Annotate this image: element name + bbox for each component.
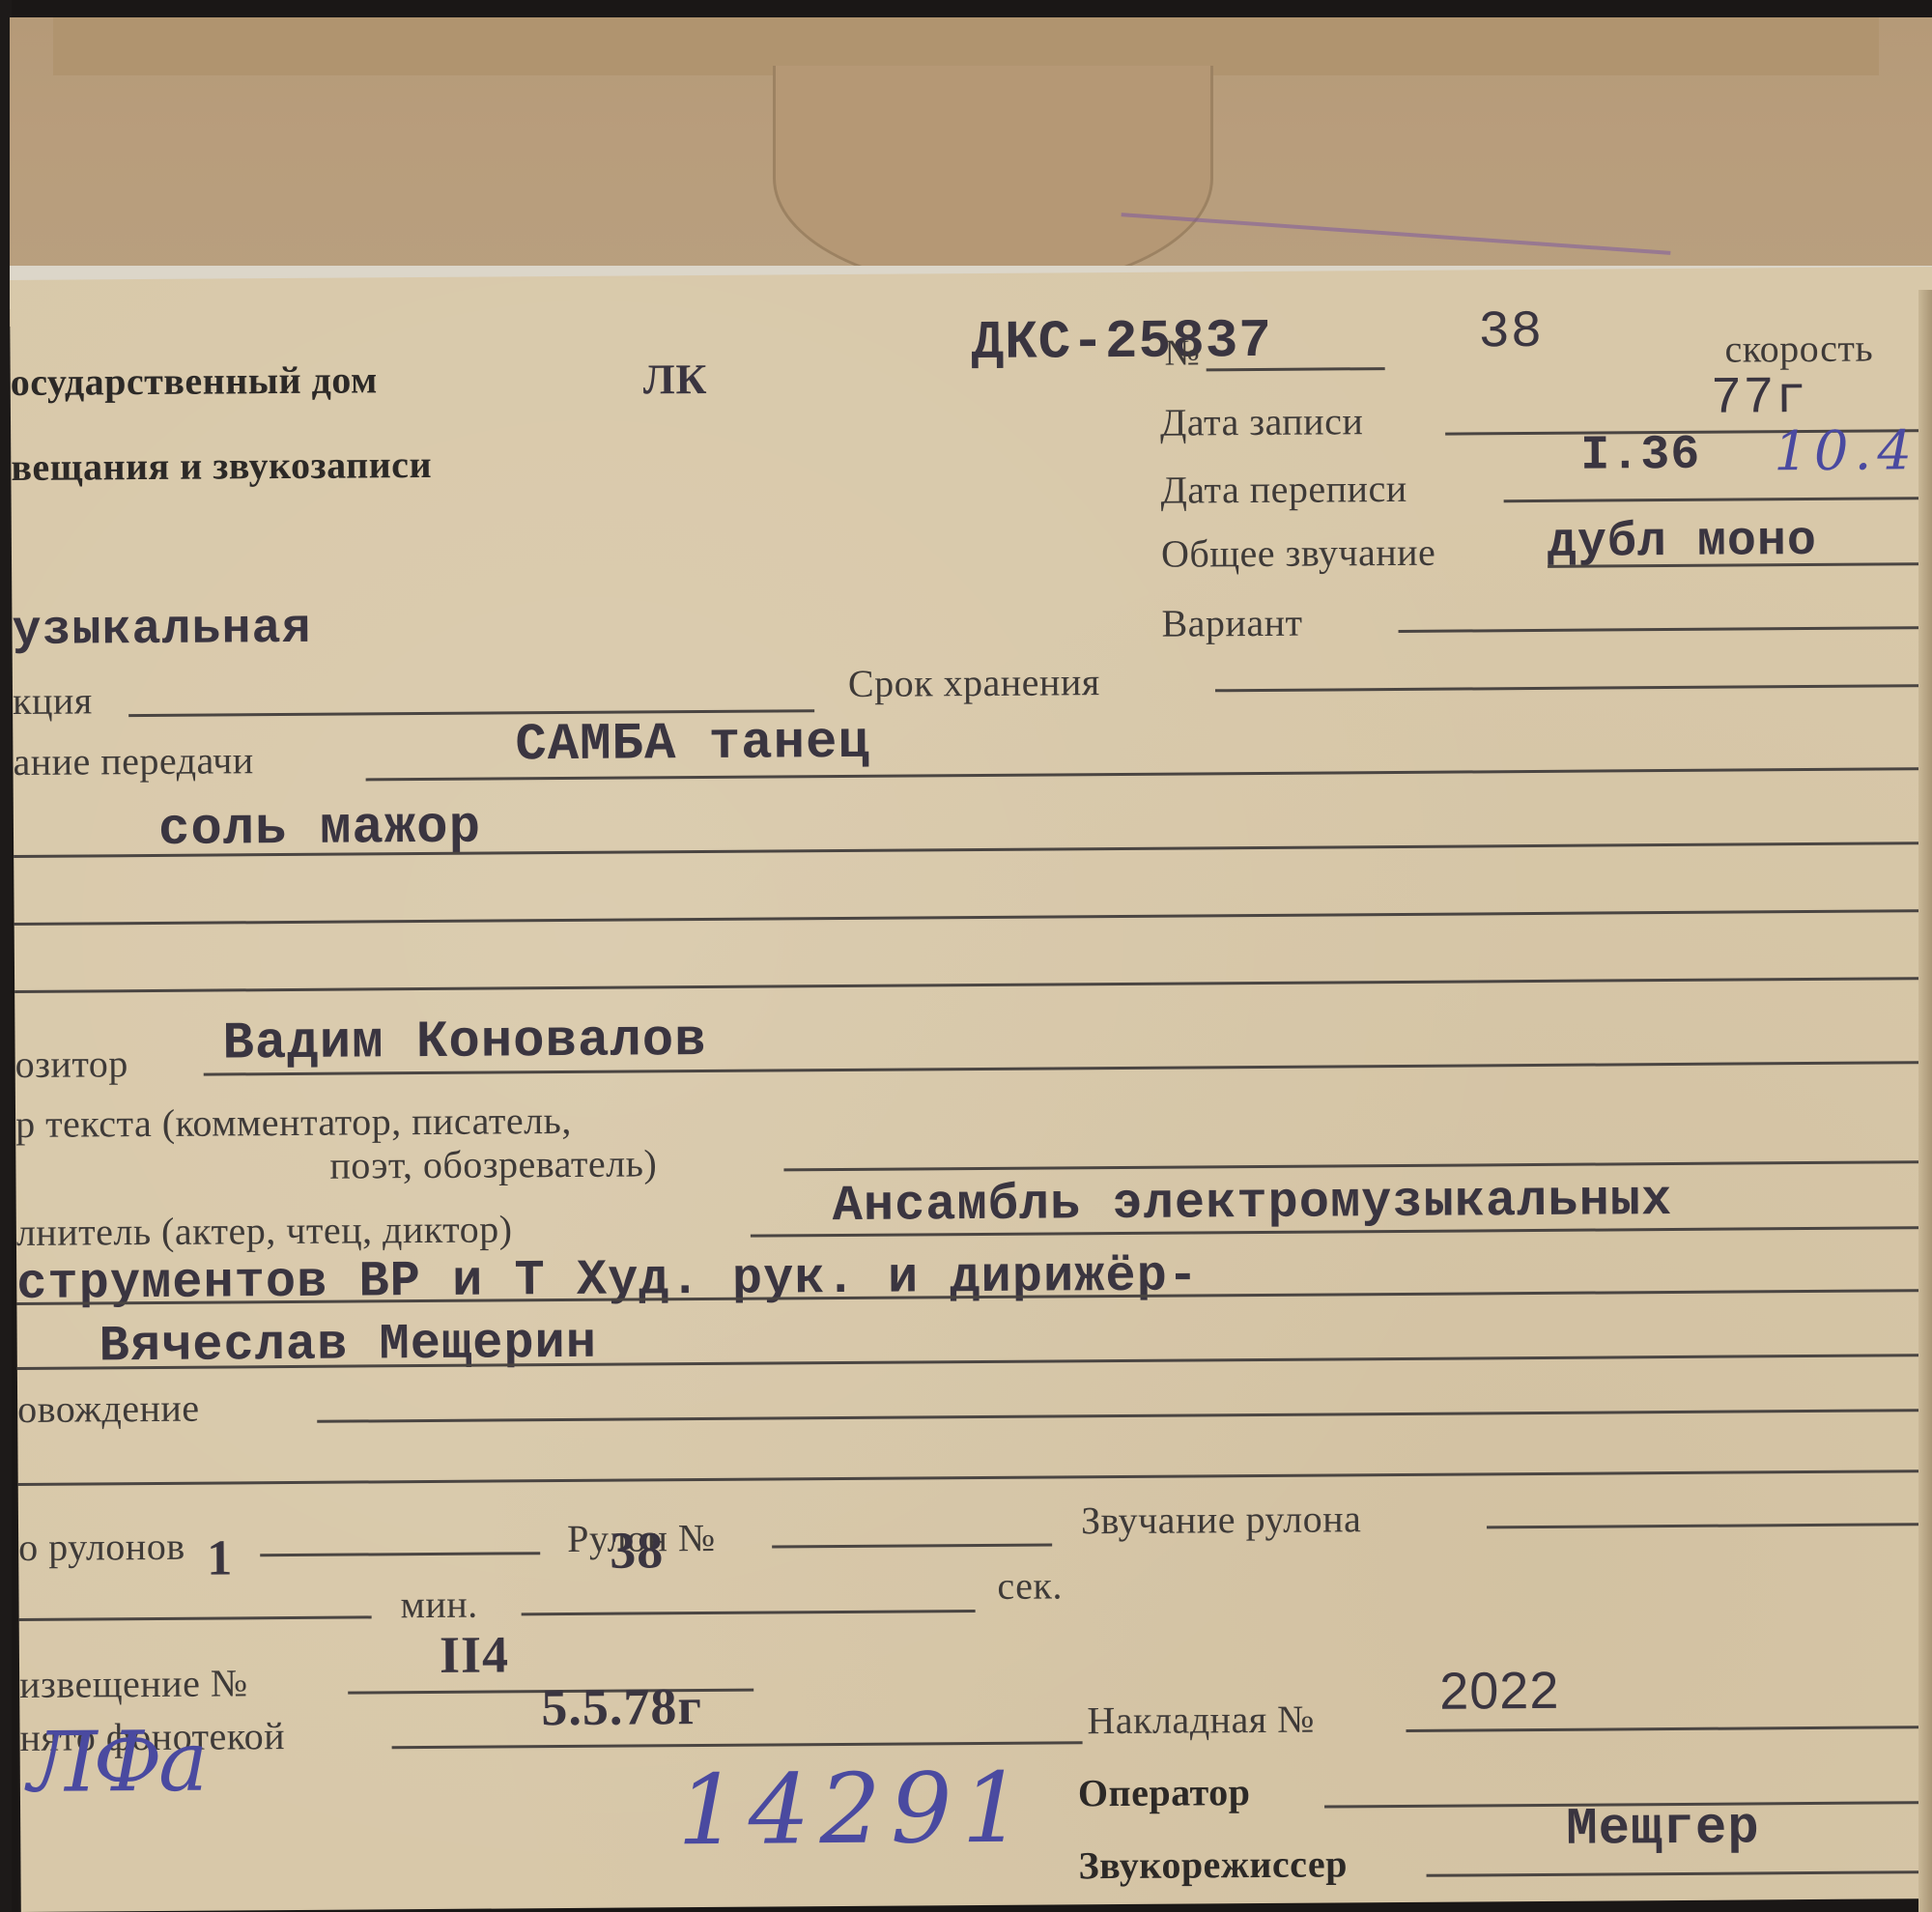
text-author-label-line2: поэт, обозреватель) bbox=[329, 1140, 657, 1187]
org-name-line1: осударственный дом bbox=[11, 357, 378, 405]
performer-value-line1: Ансамбль электромузыкальных bbox=[833, 1172, 1673, 1235]
text-author-label-line1: р текста (комментатор, писатель, bbox=[15, 1098, 572, 1147]
operator-label: Оператор bbox=[1078, 1769, 1251, 1815]
rolls-count-value: 1 bbox=[207, 1529, 233, 1586]
rolls-count-label: о рулонов bbox=[18, 1524, 185, 1570]
number-value: 38 bbox=[1478, 303, 1543, 362]
accompaniment-line bbox=[317, 1409, 1932, 1423]
blank-line-2 bbox=[14, 909, 1932, 926]
sound-engineer-label: Звукорежиссер bbox=[1078, 1841, 1348, 1888]
number-label: № bbox=[1164, 331, 1200, 374]
roll-number-line bbox=[772, 1543, 1052, 1548]
signature-handwritten: ЛФа bbox=[27, 1714, 204, 1812]
roll-sound-label: Звучание рулона bbox=[1081, 1496, 1362, 1543]
composer-value: Вадим Коновалов bbox=[222, 1012, 707, 1073]
catalog-number: ДКС-25837 bbox=[971, 310, 1272, 374]
performer-label: лнитель (актер, чтец, диктор) bbox=[16, 1206, 513, 1255]
copy-date-label: Дата переписи bbox=[1160, 466, 1406, 513]
variant-label: Вариант bbox=[1161, 600, 1302, 646]
accompaniment-label: овождение bbox=[17, 1385, 200, 1432]
storage-term-line bbox=[1215, 684, 1932, 692]
sound-engineer-value: Мещгер bbox=[1566, 1799, 1760, 1859]
roll-sound-line bbox=[1487, 1523, 1932, 1528]
storage-term-label: Срок хранения bbox=[848, 659, 1100, 706]
rolls-count-line bbox=[260, 1552, 540, 1556]
accepted-date-value: 5.5.78г bbox=[541, 1676, 702, 1737]
broadcast-title-value-line2: соль мажор bbox=[158, 799, 481, 860]
invoice-number-label: Накладная № bbox=[1087, 1697, 1315, 1744]
copy-date-value: I.36 bbox=[1580, 428, 1700, 484]
notice-number-value: II4 bbox=[440, 1624, 509, 1685]
seconds-label: сек. bbox=[997, 1562, 1063, 1608]
broadcast-title-label: ание передачи bbox=[13, 737, 254, 785]
inventory-number-handwritten: 14291 bbox=[677, 1752, 1034, 1868]
recording-date-label: Дата записи bbox=[1160, 398, 1364, 444]
overall-sound-label: Общее звучание bbox=[1161, 529, 1436, 577]
card-right-edge bbox=[1918, 290, 1932, 1912]
notice-number-label: извещение № bbox=[19, 1660, 248, 1707]
duration-line-1 bbox=[19, 1615, 372, 1621]
blank-line-3 bbox=[14, 977, 1932, 993]
roll-number-value: 38 bbox=[610, 1520, 664, 1580]
speed-label: скорость bbox=[1724, 326, 1873, 372]
blank-line-4 bbox=[18, 1470, 1932, 1486]
accepted-line bbox=[392, 1741, 1083, 1749]
section-label: кция bbox=[13, 677, 93, 724]
variant-line bbox=[1399, 626, 1932, 633]
broadcast-title-value: САМБА танец bbox=[515, 714, 870, 776]
text-author-line bbox=[783, 1160, 1932, 1171]
archive-index-card: осударственный дом вещания и звукозаписи… bbox=[10, 267, 1932, 1912]
department-name: узыкальная bbox=[12, 602, 311, 659]
org-name-line2: вещания и звукозаписи bbox=[11, 442, 432, 490]
sleeve-thumb-notch bbox=[773, 66, 1213, 291]
sound-engineer-line bbox=[1427, 1870, 1932, 1877]
stamp-lk: ЛК bbox=[643, 355, 708, 404]
copy-date-handwritten: 10.4.7 bbox=[1774, 419, 1932, 483]
invoice-line bbox=[1406, 1726, 1932, 1732]
composer-label: озитор bbox=[15, 1041, 128, 1087]
number-line bbox=[1207, 367, 1385, 371]
copy-date-line bbox=[1504, 497, 1932, 502]
minutes-line bbox=[522, 1610, 976, 1615]
invoice-number-value: 2022 bbox=[1439, 1661, 1560, 1722]
minutes-label: мин. bbox=[400, 1582, 477, 1628]
overall-sound-value: дубл моно bbox=[1548, 514, 1817, 571]
